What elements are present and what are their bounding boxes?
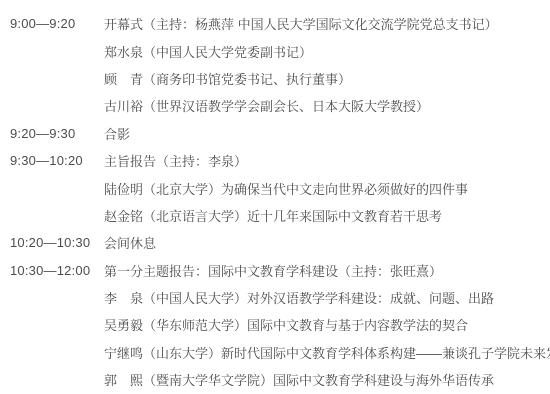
- event-text: 会间休息: [104, 233, 550, 252]
- event-text: 陆俭明（北京大学）为确保当代中文走向世界必须做好的四件事: [104, 179, 550, 198]
- time-slot: 9:30—10:20: [10, 153, 104, 168]
- schedule-row: 9:20—9:30 合影: [10, 120, 550, 147]
- schedule-row: 10:20—10:30 会间休息: [10, 229, 550, 256]
- event-text: 吴勇毅（华东师范大学）国际中文教育与基于内容教学法的契合: [104, 315, 550, 334]
- event-text: 开幕式（主持：杨燕萍 中国人民大学国际文化交流学院党总支书记）: [104, 14, 550, 33]
- event-text: 合影: [104, 124, 550, 143]
- time-slot: 10:20—10:30: [10, 235, 104, 250]
- event-text: 李 泉（中国人民大学）对外汉语教学学科建设：成就、问题、出路: [104, 288, 550, 307]
- schedule-row: 9:30—10:20 主旨报告（主持：李泉）: [10, 147, 550, 174]
- event-text: 宁继鸣（山东大学）新时代国际中文教育学科体系构建——兼谈孔子学院未来发展: [104, 343, 550, 362]
- schedule-row: 陆俭明（北京大学）为确保当代中文走向世界必须做好的四件事: [10, 174, 550, 201]
- schedule-row: 10:30—12:00 第一分主题报告：国际中文教育学科建设（主持：张旺熹）: [10, 257, 550, 284]
- schedule-row: 顾 青（商务印书馆党委书记、执行董事）: [10, 65, 550, 92]
- event-text: 顾 青（商务印书馆党委书记、执行董事）: [104, 69, 550, 88]
- schedule-row: 郑水泉（中国人民大学党委副书记）: [10, 37, 550, 64]
- event-text: 主旨报告（主持：李泉）: [104, 151, 550, 170]
- schedule-row: 9:00—9:20 开幕式（主持：杨燕萍 中国人民大学国际文化交流学院党总支书记…: [10, 10, 550, 37]
- event-text: 郭 熙（暨南大学华文学院）国际中文教育学科建设与海外华语传承: [104, 370, 550, 389]
- event-text: 第一分主题报告：国际中文教育学科建设（主持：张旺熹）: [104, 261, 550, 280]
- event-text: 郑水泉（中国人民大学党委副书记）: [104, 42, 550, 61]
- event-text: 赵金铭（北京语言大学）近十几年来国际中文教育若干思考: [104, 206, 550, 225]
- conference-schedule: 9:00—9:20 开幕式（主持：杨燕萍 中国人民大学国际文化交流学院党总支书记…: [0, 0, 550, 394]
- schedule-row: 李 泉（中国人民大学）对外汉语教学学科建设：成就、问题、出路: [10, 284, 550, 311]
- event-text: 古川裕（世界汉语教学学会副会长、日本大阪大学教授）: [104, 96, 550, 115]
- schedule-row: 古川裕（世界汉语教学学会副会长、日本大阪大学教授）: [10, 92, 550, 119]
- schedule-row: 吴勇毅（华东师范大学）国际中文教育与基于内容教学法的契合: [10, 311, 550, 338]
- schedule-row: 宁继鸣（山东大学）新时代国际中文教育学科体系构建——兼谈孔子学院未来发展: [10, 339, 550, 366]
- time-slot: 10:30—12:00: [10, 263, 104, 278]
- time-slot: 9:00—9:20: [10, 16, 104, 31]
- time-slot: 9:20—9:30: [10, 126, 104, 141]
- schedule-row: 赵金铭（北京语言大学）近十几年来国际中文教育若干思考: [10, 202, 550, 229]
- schedule-row: 郭 熙（暨南大学华文学院）国际中文教育学科建设与海外华语传承: [10, 366, 550, 393]
